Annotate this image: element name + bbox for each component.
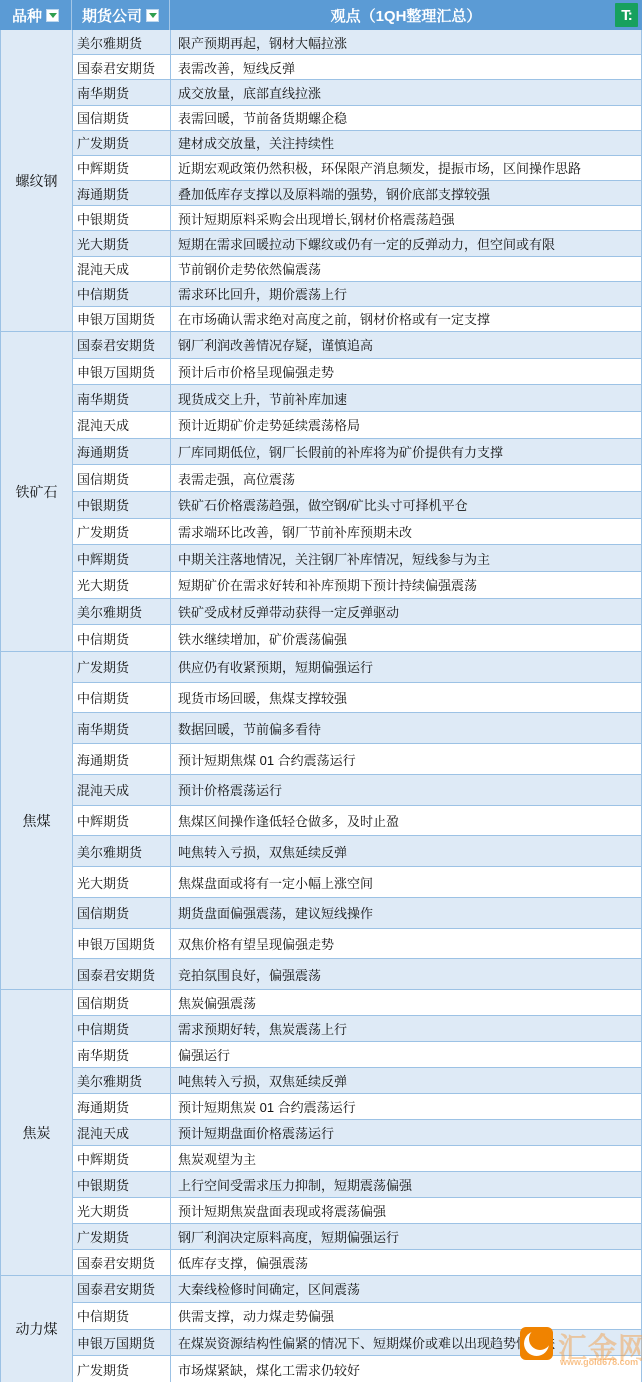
company-cell: 申银万国期货 — [73, 1330, 171, 1356]
opinion-cell: 现货市场回暖，焦煤支撑较强 — [171, 683, 641, 713]
opinion-cell: 在煤炭资源结构性偏紧的情况下、短期煤价或难以出现趋势性下跌 — [171, 1330, 641, 1356]
section-rows: 广发期货供应仍有收紧预期，短期偏强运行中信期货现货市场回暖，焦煤支撑较强南华期货… — [73, 652, 641, 989]
opinion-cell: 短期矿价在需求好转和补库预期下预计持续偏强震荡 — [171, 572, 641, 598]
company-cell: 中银期货 — [73, 1172, 171, 1197]
company-cell: 光大期货 — [73, 572, 171, 598]
opinion-cell: 需求端环比改善，钢厂节前补库预期未改 — [171, 519, 641, 545]
table-row: 中辉期货中期关注落地情况，关注钢厂补库情况，短线参与为主 — [73, 545, 641, 572]
opinion-cell: 铁水继续增加，矿价震荡偏强 — [171, 625, 641, 651]
table-row: 美尔雅期货限产预期再起，钢材大幅拉涨 — [73, 30, 641, 55]
company-cell: 美尔雅期货 — [73, 30, 171, 54]
company-cell: 南华期货 — [73, 80, 171, 104]
company-cell: 混沌天成 — [73, 775, 171, 805]
opinion-cell: 焦炭观望为主 — [171, 1146, 641, 1171]
header-view-label: 观点（1QH整理汇总） — [331, 5, 482, 26]
company-cell: 混沌天成 — [73, 412, 171, 438]
company-cell: 中辉期货 — [73, 1146, 171, 1171]
company-cell: 广发期货 — [73, 131, 171, 155]
table-row: 国泰君安期货表需改善，短线反弹 — [73, 55, 641, 80]
opinion-cell: 预计价格震荡运行 — [171, 775, 641, 805]
opinion-cell: 需求预期好转，焦炭震荡上行 — [171, 1016, 641, 1041]
opinion-cell: 中期关注落地情况，关注钢厂补库情况，短线参与为主 — [171, 545, 641, 571]
header-company-label: 期货公司 — [82, 5, 142, 26]
table-row: 光大期货短期矿价在需求好转和补库预期下预计持续偏强震荡 — [73, 572, 641, 599]
table-row: 海通期货预计短期焦炭 01 合约震荡运行 — [73, 1094, 641, 1120]
table-row: 申银万国期货在市场确认需求绝对高度之前，钢材价格或有一定支撑 — [73, 307, 641, 331]
table-row: 美尔雅期货铁矿受成材反弹带动获得一定反弹驱动 — [73, 599, 641, 626]
table-row: 光大期货预计短期焦炭盘面表现或将震荡偏强 — [73, 1198, 641, 1224]
opinion-cell: 短期在需求回暖拉动下螺纹或仍有一定的反弹动力，但空间或有限 — [171, 231, 641, 255]
opinion-cell: 焦煤区间操作逢低轻仓做多，及时止盈 — [171, 806, 641, 836]
opinion-cell: 节前钢价走势依然偏震荡 — [171, 257, 641, 281]
company-cell: 南华期货 — [73, 1042, 171, 1067]
company-cell: 混沌天成 — [73, 257, 171, 281]
company-cell: 海通期货 — [73, 439, 171, 465]
table-row: 国信期货表需回暖，节前备货期螺企稳 — [73, 106, 641, 131]
company-cell: 申银万国期货 — [73, 307, 171, 331]
opinion-cell: 供应仍有收紧预期，短期偏强运行 — [171, 652, 641, 682]
table-row: 中信期货需求环比回升，期价震荡上行 — [73, 282, 641, 307]
commodity-section: 动力煤国泰君安期货大秦线检修时间确定，区间震荡中信期货供需支撑，动力煤走势偏强申… — [1, 1276, 641, 1382]
table-row: 南华期货偏强运行 — [73, 1042, 641, 1068]
table-row: 混沌天成预计价格震荡运行 — [73, 775, 641, 806]
table-row: 混沌天成预计短期盘面价格震荡运行 — [73, 1120, 641, 1146]
company-cell: 广发期货 — [73, 1224, 171, 1249]
table-row: 中信期货现货市场回暖，焦煤支撑较强 — [73, 683, 641, 714]
table-row: 申银万国期货双焦价格有望呈现偏强走势 — [73, 929, 641, 960]
table-row: 国泰君安期货钢厂利润改善情况存疑，谨慎追高 — [73, 332, 641, 359]
opinion-cell: 吨焦转入亏损，双焦延续反弹 — [171, 1068, 641, 1093]
company-cell: 国泰君安期货 — [73, 959, 171, 989]
company-cell: 中辉期货 — [73, 806, 171, 836]
table-row: 国信期货期货盘面偏强震荡，建议短线操作 — [73, 898, 641, 929]
company-cell: 海通期货 — [73, 181, 171, 205]
company-cell: 中信期货 — [73, 1016, 171, 1041]
table-row: 混沌天成预计近期矿价走势延续震荡格局 — [73, 412, 641, 439]
opinion-cell: 近期宏观政策仍然积极，环保限产消息频发，提振市场，区间操作思路 — [171, 156, 641, 180]
opinion-cell: 竞拍氛围良好，偏强震荡 — [171, 959, 641, 989]
table-row: 国信期货焦炭偏强震荡 — [73, 990, 641, 1016]
table-row: 混沌天成节前钢价走势依然偏震荡 — [73, 257, 641, 282]
section-rows: 国泰君安期货钢厂利润改善情况存疑，谨慎追高申银万国期货预计后市价格呈现偏强走势南… — [73, 332, 641, 651]
opinion-cell: 现货成交上升，节前补库加速 — [171, 385, 641, 411]
opinion-cell: 需求环比回升，期价震荡上行 — [171, 282, 641, 306]
table-row: 中辉期货近期宏观政策仍然积极，环保限产消息频发，提振市场，区间操作思路 — [73, 156, 641, 181]
opinion-cell: 双焦价格有望呈现偏强走势 — [171, 929, 641, 959]
table-row: 申银万国期货在煤炭资源结构性偏紧的情况下、短期煤价或难以出现趋势性下跌 — [73, 1330, 641, 1357]
variety-cell: 螺纹钢 — [1, 30, 73, 331]
company-cell: 国信期货 — [73, 898, 171, 928]
opinion-cell: 吨焦转入亏损，双焦延续反弹 — [171, 836, 641, 866]
table-row: 海通期货叠加低库存支撑以及原料端的强势，钢价底部支撑较强 — [73, 181, 641, 206]
opinion-cell: 厂库同期低位，钢厂长假前的补库将为矿价提供有力支撑 — [171, 439, 641, 465]
opinion-cell: 表需回暖，节前备货期螺企稳 — [171, 106, 641, 130]
company-cell: 申银万国期货 — [73, 359, 171, 385]
opinion-cell: 铁矿石价格震荡趋强，做空钢/矿比头寸可择机平仓 — [171, 492, 641, 518]
table-row: 中辉期货焦炭观望为主 — [73, 1146, 641, 1172]
header-variety-cell: 品种 — [0, 0, 72, 30]
company-cell: 中辉期货 — [73, 545, 171, 571]
opinion-cell: 供需支撑，动力煤走势偏强 — [171, 1303, 641, 1329]
commodity-section: 焦炭国信期货焦炭偏强震荡中信期货需求预期好转，焦炭震荡上行南华期货偏强运行美尔雅… — [1, 990, 641, 1276]
company-cell: 南华期货 — [73, 713, 171, 743]
commodity-section: 螺纹钢美尔雅期货限产预期再起，钢材大幅拉涨国泰君安期货表需改善，短线反弹南华期货… — [1, 30, 641, 332]
opinion-cell: 表需改善，短线反弹 — [171, 55, 641, 79]
chevron-down-icon — [149, 13, 157, 18]
opinion-cell: 成交放量，底部直线拉涨 — [171, 80, 641, 104]
section-rows: 国信期货焦炭偏强震荡中信期货需求预期好转，焦炭震荡上行南华期货偏强运行美尔雅期货… — [73, 990, 641, 1275]
opinion-cell: 钢厂利润决定原料高度，短期偏强运行 — [171, 1224, 641, 1249]
opinion-cell: 预计后市价格呈现偏强走势 — [171, 359, 641, 385]
table-row: 中银期货预计短期原料采购会出现增长,钢材价格震荡趋强 — [73, 206, 641, 231]
section-rows: 美尔雅期货限产预期再起，钢材大幅拉涨国泰君安期货表需改善，短线反弹南华期货成交放… — [73, 30, 641, 331]
company-cell: 广发期货 — [73, 1356, 171, 1382]
opinion-cell: 叠加低库存支撑以及原料端的强势，钢价底部支撑较强 — [171, 181, 641, 205]
opinion-cell: 预计短期焦炭 01 合约震荡运行 — [171, 1094, 641, 1119]
company-cell: 国信期货 — [73, 465, 171, 491]
company-cell: 美尔雅期货 — [73, 1068, 171, 1093]
opinion-cell: 大秦线检修时间确定，区间震荡 — [171, 1276, 641, 1302]
table-screenshot: 品种 期货公司 观点（1QH整理汇总） T: 螺纹钢美尔雅期货限产预期再起，钢材… — [0, 0, 642, 1382]
company-cell: 国信期货 — [73, 990, 171, 1015]
table-row: 南华期货现货成交上升，节前补库加速 — [73, 385, 641, 412]
variety-cell: 铁矿石 — [1, 332, 73, 651]
company-cell: 中信期货 — [73, 683, 171, 713]
table-row: 国泰君安期货低库存支撑，偏强震荡 — [73, 1250, 641, 1275]
table-row: 美尔雅期货吨焦转入亏损，双焦延续反弹 — [73, 1068, 641, 1094]
opinion-cell: 市场煤紧缺，煤化工需求仍较好 — [171, 1356, 641, 1382]
opinion-cell: 表需走强，高位震荡 — [171, 465, 641, 491]
table-row: 光大期货短期在需求回暖拉动下螺纹或仍有一定的反弹动力，但空间或有限 — [73, 231, 641, 256]
table-row: 广发期货市场煤紧缺，煤化工需求仍较好 — [73, 1356, 641, 1382]
opinion-cell: 在市场确认需求绝对高度之前，钢材价格或有一定支撑 — [171, 307, 641, 331]
opinion-cell: 焦煤盘面或将有一定小幅上涨空间 — [171, 867, 641, 897]
opinion-cell: 铁矿受成材反弹带动获得一定反弹驱动 — [171, 599, 641, 625]
company-cell: 中银期货 — [73, 492, 171, 518]
table-row: 国泰君安期货竞拍氛围良好，偏强震荡 — [73, 959, 641, 989]
company-cell: 中信期货 — [73, 282, 171, 306]
commodity-section: 铁矿石国泰君安期货钢厂利润改善情况存疑，谨慎追高申银万国期货预计后市价格呈现偏强… — [1, 332, 641, 652]
company-cell: 光大期货 — [73, 231, 171, 255]
company-cell: 海通期货 — [73, 1094, 171, 1119]
variety-cell: 焦煤 — [1, 652, 73, 989]
company-cell: 国信期货 — [73, 106, 171, 130]
company-cell: 中银期货 — [73, 206, 171, 230]
company-cell: 中辉期货 — [73, 156, 171, 180]
header-company-cell: 期货公司 — [72, 0, 170, 30]
opinion-cell: 建材成交放量，关注持续性 — [171, 131, 641, 155]
table-row: 海通期货厂库同期低位，钢厂长假前的补库将为矿价提供有力支撑 — [73, 439, 641, 466]
table-row: 海通期货预计短期焦煤 01 合约震荡运行 — [73, 744, 641, 775]
company-cell: 广发期货 — [73, 652, 171, 682]
table-row: 光大期货焦煤盘面或将有一定小幅上涨空间 — [73, 867, 641, 898]
opinion-cell: 预计短期焦炭盘面表现或将震荡偏强 — [171, 1198, 641, 1223]
table-row: 国信期货表需走强，高位震荡 — [73, 465, 641, 492]
opinion-cell: 期货盘面偏强震荡，建议短线操作 — [171, 898, 641, 928]
variety-filter-dropdown-icon[interactable] — [46, 9, 59, 22]
company-cell: 美尔雅期货 — [73, 599, 171, 625]
company-cell: 申银万国期货 — [73, 929, 171, 959]
opinion-cell: 预计近期矿价走势延续震荡格局 — [171, 412, 641, 438]
opinion-cell: 预计短期盘面价格震荡运行 — [171, 1120, 641, 1145]
table-row: 中辉期货焦煤区间操作逢低轻仓做多，及时止盈 — [73, 806, 641, 837]
opinion-cell: 数据回暖，节前偏多看待 — [171, 713, 641, 743]
table-header-row: 品种 期货公司 观点（1QH整理汇总） T: — [0, 0, 642, 30]
company-cell: 混沌天成 — [73, 1120, 171, 1145]
text-tool-badge-icon[interactable]: T: — [615, 3, 638, 27]
company-cell: 国泰君安期货 — [73, 1250, 171, 1275]
header-view-cell: 观点（1QH整理汇总） — [170, 0, 642, 30]
table-row: 中银期货铁矿石价格震荡趋强，做空钢/矿比头寸可择机平仓 — [73, 492, 641, 519]
opinion-cell: 预计短期焦煤 01 合约震荡运行 — [171, 744, 641, 774]
company-cell: 光大期货 — [73, 867, 171, 897]
company-cell: 中信期货 — [73, 625, 171, 651]
opinion-cell: 限产预期再起，钢材大幅拉涨 — [171, 30, 641, 54]
company-cell: 美尔雅期货 — [73, 836, 171, 866]
company-cell: 国泰君安期货 — [73, 1276, 171, 1302]
table-row: 中信期货铁水继续增加，矿价震荡偏强 — [73, 625, 641, 651]
table-row: 南华期货成交放量，底部直线拉涨 — [73, 80, 641, 105]
company-cell: 国泰君安期货 — [73, 332, 171, 358]
table-row: 申银万国期货预计后市价格呈现偏强走势 — [73, 359, 641, 386]
table-row: 中信期货需求预期好转，焦炭震荡上行 — [73, 1016, 641, 1042]
opinion-cell: 预计短期原料采购会出现增长,钢材价格震荡趋强 — [171, 206, 641, 230]
company-cell: 南华期货 — [73, 385, 171, 411]
header-variety-label: 品种 — [12, 5, 42, 26]
company-cell: 中信期货 — [73, 1303, 171, 1329]
company-cell: 国泰君安期货 — [73, 55, 171, 79]
table-row: 中信期货供需支撑，动力煤走势偏强 — [73, 1303, 641, 1330]
company-cell: 海通期货 — [73, 744, 171, 774]
table-row: 美尔雅期货吨焦转入亏损，双焦延续反弹 — [73, 836, 641, 867]
opinion-cell: 上行空间受需求压力抑制，短期震荡偏强 — [171, 1172, 641, 1197]
section-rows: 国泰君安期货大秦线检修时间确定，区间震荡中信期货供需支撑，动力煤走势偏强申银万国… — [73, 1276, 641, 1382]
table-row: 广发期货需求端环比改善，钢厂节前补库预期未改 — [73, 519, 641, 546]
company-cell: 光大期货 — [73, 1198, 171, 1223]
variety-cell: 动力煤 — [1, 1276, 73, 1382]
table-row: 国泰君安期货大秦线检修时间确定，区间震荡 — [73, 1276, 641, 1303]
table-row: 广发期货供应仍有收紧预期，短期偏强运行 — [73, 652, 641, 683]
opinion-cell: 偏强运行 — [171, 1042, 641, 1067]
company-filter-dropdown-icon[interactable] — [146, 9, 159, 22]
variety-cell: 焦炭 — [1, 990, 73, 1275]
opinion-cell: 钢厂利润改善情况存疑，谨慎追高 — [171, 332, 641, 358]
table-row: 中银期货上行空间受需求压力抑制，短期震荡偏强 — [73, 1172, 641, 1198]
table-body: 螺纹钢美尔雅期货限产预期再起，钢材大幅拉涨国泰君安期货表需改善，短线反弹南华期货… — [0, 30, 642, 1382]
company-cell: 广发期货 — [73, 519, 171, 545]
table-row: 南华期货数据回暖，节前偏多看待 — [73, 713, 641, 744]
table-row: 广发期货建材成交放量，关注持续性 — [73, 131, 641, 156]
chevron-down-icon — [49, 13, 57, 18]
table-row: 广发期货钢厂利润决定原料高度，短期偏强运行 — [73, 1224, 641, 1250]
opinion-cell: 焦炭偏强震荡 — [171, 990, 641, 1015]
opinion-cell: 低库存支撑，偏强震荡 — [171, 1250, 641, 1275]
commodity-section: 焦煤广发期货供应仍有收紧预期，短期偏强运行中信期货现货市场回暖，焦煤支撑较强南华… — [1, 652, 641, 990]
